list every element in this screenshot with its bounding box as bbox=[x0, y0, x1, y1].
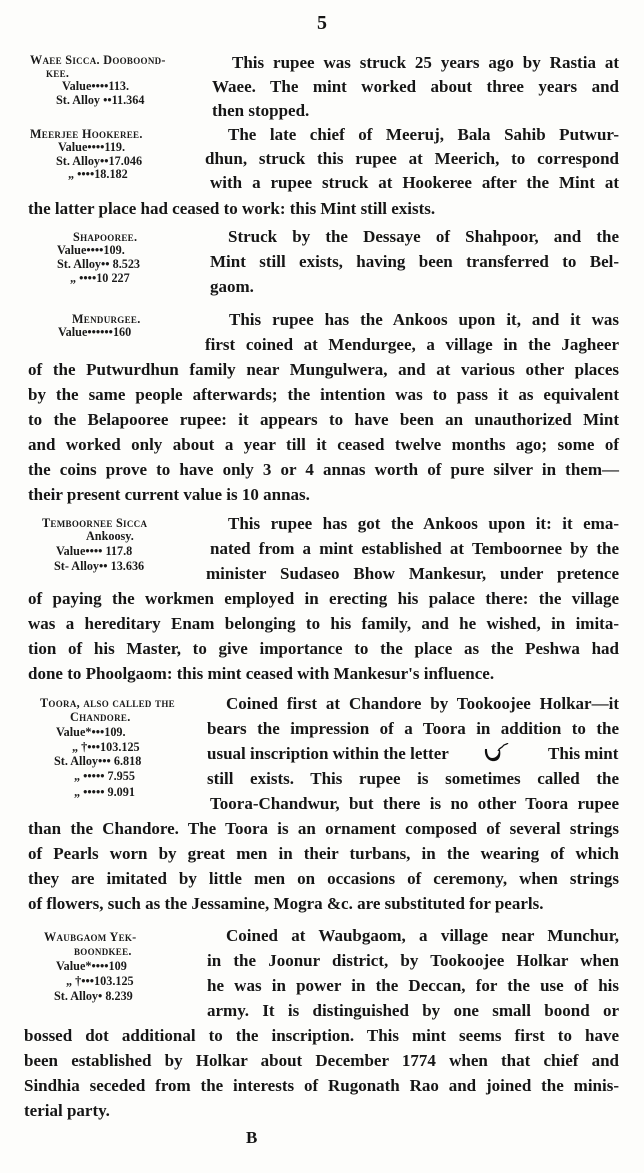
arabic-letter-glyph bbox=[483, 743, 509, 763]
value-line: St. Alloy•• 8.523 bbox=[57, 258, 140, 271]
entry-heading: Toora, also called the bbox=[40, 697, 175, 710]
value-line: Value••••119. bbox=[58, 141, 125, 154]
text-line: Struck by the Dessaye of Shahpoor, and t… bbox=[228, 227, 619, 247]
text-line: minister Sudaseo Bhow Mankesur, under pr… bbox=[206, 564, 619, 584]
text-line: of flowers, such as the Jessamine, Mogra… bbox=[28, 894, 543, 914]
text-line: This rupee has got the Ankoos upon it: i… bbox=[228, 514, 619, 534]
text-line: bears the impression of a Toora in addit… bbox=[207, 719, 619, 739]
text-line: of Pearls worn by great men in their tur… bbox=[28, 844, 619, 864]
value-line: Value••••••160 bbox=[58, 326, 131, 339]
value-line: „ ••••• 7.955 bbox=[74, 770, 135, 783]
text-line: their present current value is 10 annas. bbox=[28, 485, 310, 505]
text-line: of paying the workmen employed in erecti… bbox=[28, 589, 619, 609]
text-line: of the Putwurdhun family near Mungulwera… bbox=[28, 360, 619, 380]
text-line: the latter place had ceased to work: thi… bbox=[28, 199, 435, 219]
text-line: Sindhia seceded from the interests of Ru… bbox=[24, 1076, 619, 1096]
value-line: Value*••••109 bbox=[56, 960, 127, 973]
text-line: and worked only about a year till it cea… bbox=[28, 435, 619, 455]
text-line: The late chief of Meeruj, Bala Sahib Put… bbox=[228, 125, 619, 145]
value-line: Value••••109. bbox=[57, 244, 125, 257]
text-line: army. It is distinguished by one small b… bbox=[207, 1001, 619, 1021]
text-line: was a hereditary Enam belonging to his f… bbox=[28, 614, 619, 634]
value-line: „ ••••18.182 bbox=[68, 168, 128, 181]
value-line: „ †•••103.125 bbox=[66, 975, 134, 988]
value-line: Value••••113. bbox=[62, 80, 129, 93]
text-line: tion of his Master, to give importance t… bbox=[28, 639, 619, 659]
entry-heading: Waubgaom Yek- bbox=[44, 931, 137, 944]
text-line: first coined at Mendurgee, a village in … bbox=[205, 335, 619, 355]
entry-heading-cont: boondkee. bbox=[74, 945, 132, 958]
value-line: „ ••••• 9.091 bbox=[74, 786, 135, 799]
text-line: done to Phoolgaom: this mint ceased with… bbox=[28, 664, 494, 684]
text-line: Waee. The mint worked about three years … bbox=[212, 77, 619, 97]
text-line: dhun, struck this rupee at Meerich, to c… bbox=[205, 149, 619, 169]
text-line: been established by Holkar about Decembe… bbox=[24, 1051, 619, 1071]
entry-heading-cont: Ankoosy. bbox=[86, 530, 134, 543]
value-line: St. Alloy••• 6.818 bbox=[54, 755, 141, 768]
text-line: than the Chandore. The Toora is an ornam… bbox=[28, 819, 619, 839]
page-number: 5 bbox=[0, 12, 644, 35]
value-line: St. Alloy• 8.239 bbox=[54, 990, 133, 1003]
text-line: in the Joonur district, by Tookoojee Hol… bbox=[207, 951, 619, 971]
text-line: to the Belapooree rupee: it appears to h… bbox=[28, 410, 619, 430]
entry-heading-cont: Chandore. bbox=[70, 711, 131, 724]
text-line: still exists. This rupee is sometimes ca… bbox=[207, 769, 619, 789]
text-line: by the same people afterwards; the inten… bbox=[28, 385, 619, 405]
text-line: This rupee has the Ankoos upon it, and i… bbox=[229, 310, 619, 330]
signature-mark: B bbox=[246, 1128, 257, 1148]
value-line: „ ••••10 227 bbox=[70, 272, 130, 285]
text-line: they are imitated by little men on occas… bbox=[28, 869, 619, 889]
text-line: the coins prove to have only 3 or 4 anna… bbox=[28, 460, 619, 480]
text-line: bossed dot additional to the inscription… bbox=[24, 1026, 619, 1046]
text-line: then stopped. bbox=[212, 101, 309, 121]
text-line: with a rupee struck at Hookeree after th… bbox=[210, 173, 619, 193]
value-line: Value•••• 117.8 bbox=[56, 545, 132, 558]
text-line: Mint still exists, having been transferr… bbox=[210, 252, 619, 272]
text-line: This rupee was struck 25 years ago by Ra… bbox=[232, 53, 619, 73]
text-line: Toora-Chandwur, but there is no other To… bbox=[210, 794, 619, 814]
text-line: terial party. bbox=[24, 1101, 110, 1121]
text-line: gaom. bbox=[210, 277, 254, 297]
text-line: usual inscription within the letter bbox=[207, 744, 449, 764]
text-line: he was in power in the Deccan, for the u… bbox=[207, 976, 619, 996]
value-line: Value*•••109. bbox=[56, 726, 126, 739]
value-line: „ †•••103.125 bbox=[72, 741, 140, 754]
text-line: This mint bbox=[548, 744, 618, 764]
value-line: St. Alloy ••11.364 bbox=[56, 94, 144, 107]
text-line: Coined first at Chandore by Tookoojee Ho… bbox=[226, 694, 619, 714]
text-line: Coined at Waubgaom, a village near Munch… bbox=[226, 926, 619, 946]
value-line: St- Alloy•• 13.636 bbox=[54, 560, 144, 573]
text-line: nated from a mint established at Temboor… bbox=[210, 539, 619, 559]
